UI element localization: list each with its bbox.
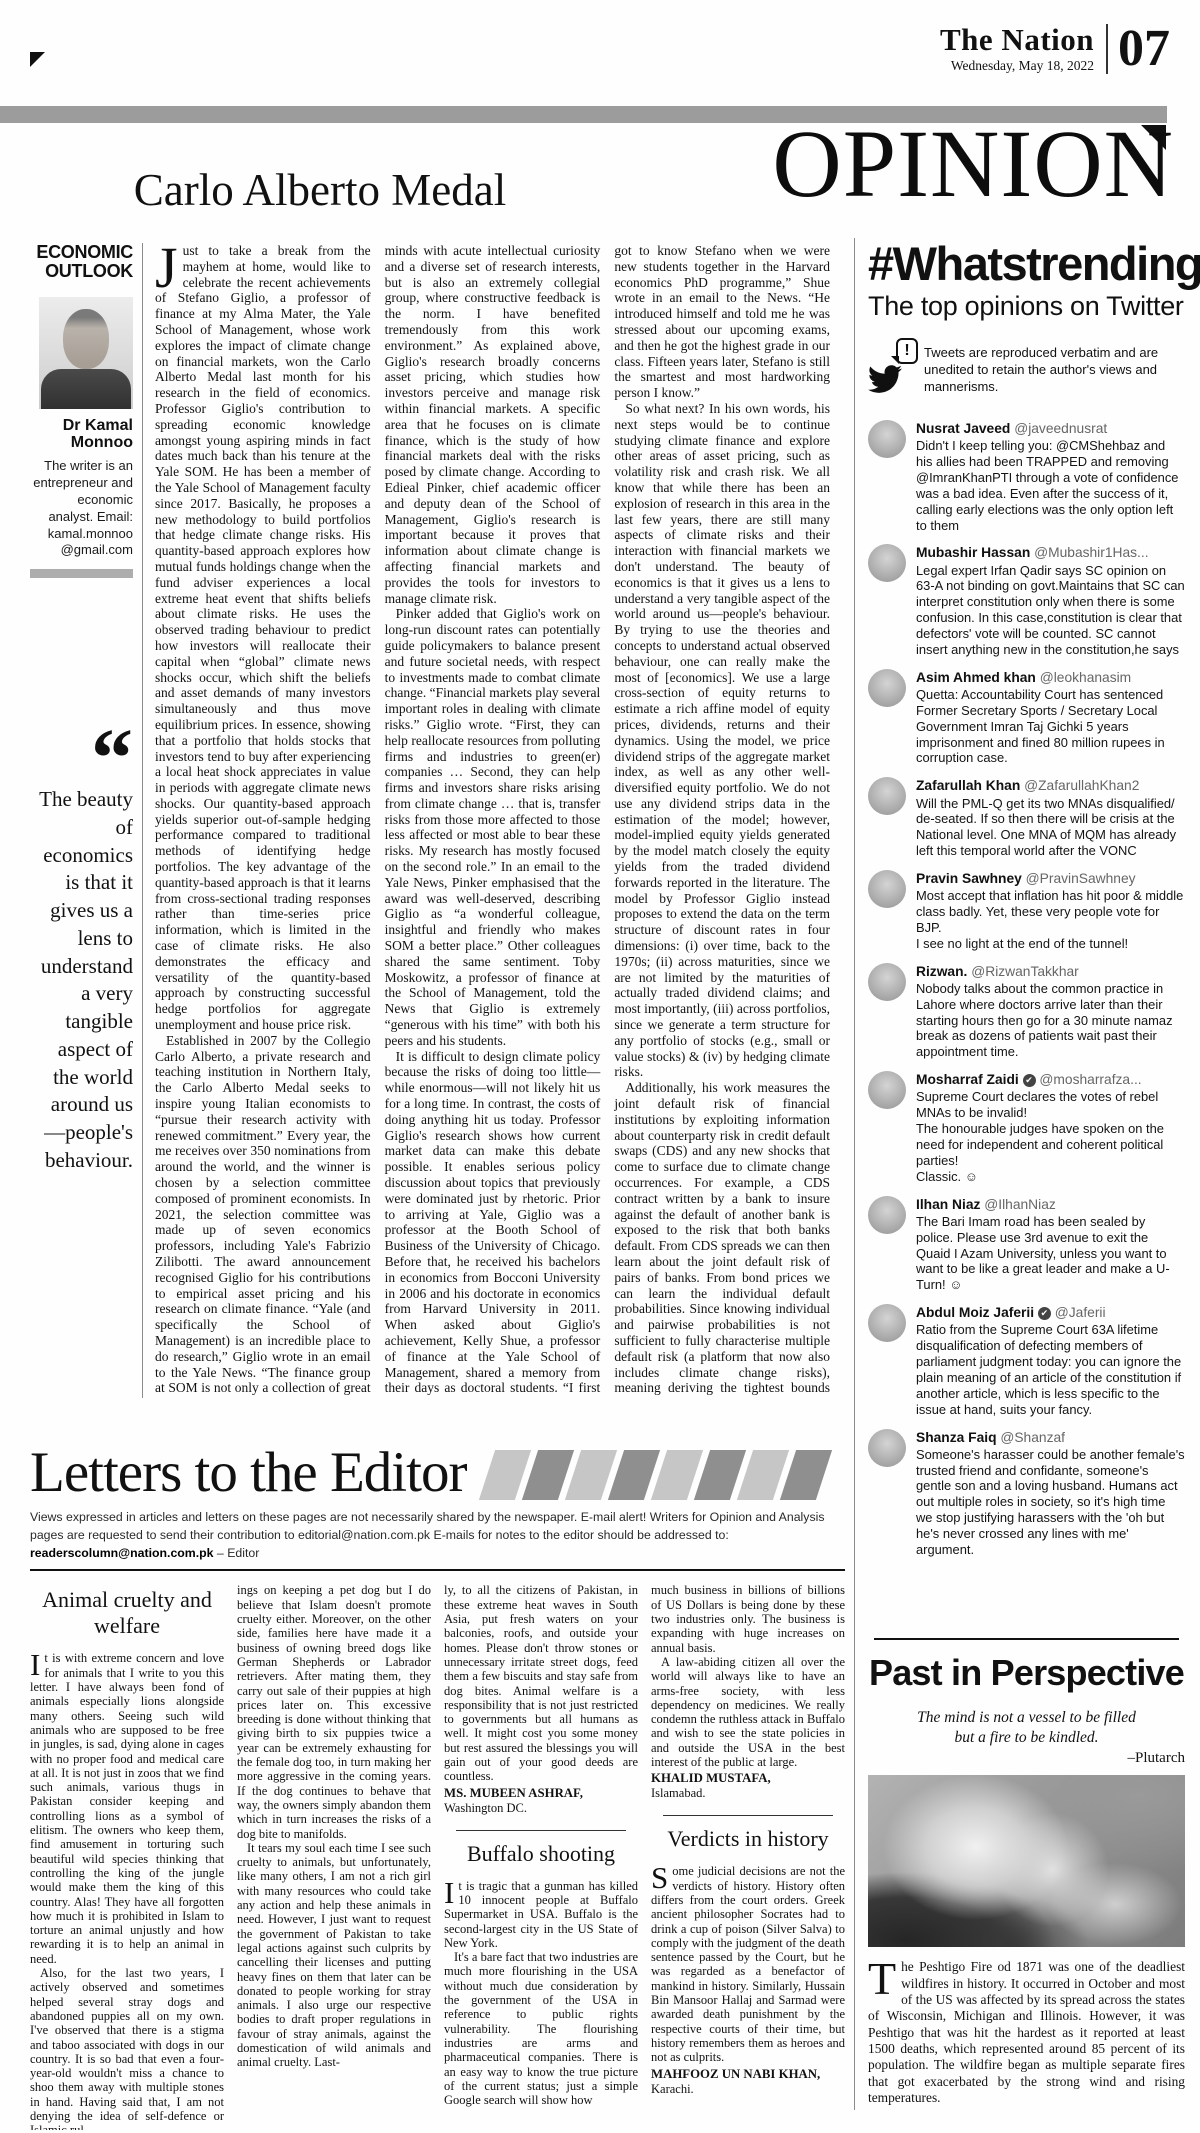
letter-location: Karachi. [651, 2082, 845, 2097]
tweet: Mubashir Hassan @Mubashir1Has... Legal e… [868, 544, 1185, 657]
quote-attribution: –Plutarch [868, 1750, 1185, 1767]
letter-paragraph: It tears my soul each time I see such cr… [237, 1841, 431, 2070]
main-article: ECONOMIC OUTLOOK Dr Kamal Monnoo The wri… [30, 243, 830, 1398]
verified-badge-icon: ✔ [1023, 1074, 1036, 1087]
verified-badge-icon: ✔ [1038, 1307, 1051, 1320]
article-paragraph: Just to take a break from the mayhem at … [155, 243, 371, 1033]
tweet-text: Nobody talks about the common practice i… [916, 981, 1185, 1060]
article-kicker: ECONOMIC OUTLOOK [30, 243, 133, 281]
avatar [868, 870, 906, 908]
whatstrending-title: #Whatstrending [868, 240, 1185, 287]
plutarch-quote: The mind is not a vessel to be filled bu… [868, 1708, 1185, 1748]
letter-heading: Verdicts in history [651, 1826, 845, 1852]
tweet-handle: @javeednusrat [1014, 421, 1107, 436]
wildfire-image [868, 1775, 1185, 1947]
tweet: Rizwan. @RizwanTakkhar Nobody talks abou… [868, 963, 1185, 1061]
letter-heading: Animal cruelty and welfare [30, 1587, 224, 1639]
letters-intro: Views expressed in articles and letters … [30, 1509, 845, 1562]
tweet-text: Legal expert Irfan Qadir says SC opinion… [916, 563, 1185, 658]
tweet-author: Shanza Faiq [916, 1430, 997, 1445]
tweet: Mosharraf Zaidi ✔ @mosharrafza... Suprem… [868, 1071, 1185, 1184]
tweet-author: Mosharraf Zaidi [916, 1072, 1019, 1087]
tweet-handle: @Shanzaf [1000, 1430, 1065, 1445]
tweet-text: Quetta: Accountability Court has sentenc… [916, 687, 1185, 766]
pull-quote: The beauty of economics is that it gives… [30, 786, 133, 1174]
tweet-author: Ilhan Niaz [916, 1197, 980, 1212]
letter-paragraph: ly, to all the citizens of Pakistan, in … [444, 1583, 638, 1783]
tweet-handle: @Jaferii [1055, 1305, 1106, 1320]
tweets-note-text: Tweets are reproduced verbatim and are u… [924, 338, 1185, 395]
letter-paragraph: A law-abiding citizen all over the world… [651, 1655, 845, 1769]
tweet-author: Asim Ahmed khan [916, 670, 1036, 685]
letter-paragraph: It is with extreme concern and love for … [30, 1651, 224, 1966]
tweet: Nusrat Javeed @javeednusrat Didn't I kee… [868, 420, 1185, 533]
author-name: Dr Kamal Monnoo [30, 417, 133, 452]
tweet-handle: @PravinSawhney [1026, 871, 1136, 886]
author-bio: The writer is an entrepreneur and econom… [30, 458, 133, 559]
letter-paragraph: It is tragic that a gunman has killed 10… [444, 1879, 638, 1950]
letter-paragraph: It's a bare fact that two industries are… [444, 1950, 638, 2107]
tweet-text: The Bari Imam road has been sealed by po… [916, 1214, 1185, 1293]
tweet-text: Most accept that inflation has hit poor … [916, 888, 1185, 951]
letters-intro-text: Views expressed in articles and letters … [30, 1510, 824, 1542]
stripes-decoration [480, 1450, 824, 1500]
letter-heading: Buffalo shooting [444, 1841, 638, 1867]
tweets-list: Nusrat Javeed @javeednusrat Didn't I kee… [868, 420, 1185, 1560]
letters-to-the-editor: Letters to the Editor Views expressed in… [30, 1444, 845, 2130]
letter-location: Islamabad. [651, 1786, 845, 1801]
article-paragraph: Pinker added that Giglio's work on long-… [385, 606, 601, 1048]
letters-title: Letters to the Editor [30, 1444, 466, 1501]
tweet-handle: @ZafarullahKhan2 [1024, 778, 1139, 793]
sidebar-rule [854, 238, 855, 2110]
quote-line: The mind is not a vessel to be filled [868, 1708, 1185, 1728]
past-in-perspective: Past in Perspective The mind is not a ve… [868, 1638, 1185, 2106]
letter-location: Washington DC. [444, 1801, 638, 1816]
letter-signature: MAHFOOZ UN NABI KHAN, [651, 2067, 845, 2082]
article-body: Just to take a break from the mayhem at … [155, 243, 830, 1398]
edition-date: Wednesday, May 18, 2022 [940, 58, 1094, 74]
letter-signature: MS. MUBEEN ASHRAF, [444, 1786, 638, 1801]
kicker-line: OUTLOOK [30, 262, 133, 281]
avatar [868, 1429, 906, 1467]
tweet-handle: @leokhanasim [1040, 670, 1131, 685]
letters-column-3: ly, to all the citizens of Pakistan, in … [444, 1583, 638, 2130]
author-photo [39, 297, 133, 409]
tweet: Zafarullah Khan @ZafarullahKhan2 Will th… [868, 777, 1185, 859]
avatar [868, 420, 906, 458]
tweet-handle: @Mubashir1Has... [1034, 545, 1148, 560]
whatstrending-subtitle: The top opinions on Twitter [868, 291, 1185, 322]
letters-column-1: Animal cruelty and welfare It is with ex… [30, 1583, 224, 2130]
avatar [868, 1304, 906, 1342]
letter-divider [663, 1815, 833, 1816]
tweet: Shanza Faiq @Shanzaf Someone's harasser … [868, 1429, 1185, 1558]
author-column: ECONOMIC OUTLOOK Dr Kamal Monnoo The wri… [30, 243, 142, 1398]
letter-paragraph: Some judicial decisions are not the verd… [651, 1864, 845, 2064]
quote-mark-icon: “ [30, 736, 133, 780]
article-headline: Carlo Alberto Medal [30, 168, 610, 213]
divider-bar [30, 569, 133, 578]
letter-paragraph: Also, for the last two years, I actively… [30, 1966, 224, 2130]
tweet-author: Rizwan. [916, 964, 967, 979]
avatar [868, 963, 906, 1001]
tweet-handle: @RizwanTakkhar [971, 964, 1079, 979]
past-body: The Peshtigo Fire od 1871 was one of the… [868, 1959, 1185, 2106]
tweet: Pravin Sawhney @PravinSawhney Most accep… [868, 870, 1185, 952]
tweet-text: Didn't I keep telling you: @CMShehbaz an… [916, 438, 1185, 533]
tweet-text: Supreme Court declares the votes of rebe… [916, 1089, 1185, 1184]
section-banner: OPINION [772, 116, 1174, 212]
rule [30, 1569, 845, 1571]
tweet-author: Pravin Sawhney [916, 871, 1022, 886]
tweet-handle: @mosharrafza... [1039, 1072, 1141, 1087]
exclamation-bubble-icon: ! [896, 338, 918, 364]
page-number: 07 [1108, 24, 1170, 74]
newspaper-page: The Nation Wednesday, May 18, 2022 07 OP… [0, 0, 1200, 2133]
avatar [868, 544, 906, 582]
tweet: Ilhan Niaz @IlhanNiaz The Bari Imam road… [868, 1196, 1185, 1294]
letters-column-2: ings on keeping a pet dog but I do belie… [237, 1583, 431, 2130]
tweet-author: Nusrat Javeed [916, 421, 1010, 436]
letter-signature: KHALID MUSTAFA, [651, 1771, 845, 1786]
tweet-handle: @IlhanNiaz [984, 1197, 1056, 1212]
column-rule [142, 243, 143, 1398]
letters-column-4: much business in billions of billions of… [651, 1583, 845, 2130]
letters-intro-suffix: – Editor [214, 1546, 260, 1560]
tweet-text: Someone's harasser could be another fema… [916, 1447, 1185, 1558]
avatar [868, 1196, 906, 1234]
twitter-bird-icon: ! [868, 338, 924, 396]
avatar [868, 669, 906, 707]
quote-line: but a fire to be kindled. [868, 1728, 1185, 1748]
letter-paragraph: ings on keeping a pet dog but I do belie… [237, 1583, 431, 1840]
masthead: The Nation Wednesday, May 18, 2022 07 [940, 24, 1170, 74]
kicker-line: ECONOMIC [30, 243, 133, 262]
letter-paragraph: much business in billions of billions of… [651, 1583, 845, 1654]
corner-triangle-mark [30, 52, 45, 67]
tweets-note: ! Tweets are reproduced verbatim and are… [868, 338, 1185, 396]
letter-divider [456, 1830, 626, 1831]
tweet-author: Mubashir Hassan [916, 545, 1030, 560]
tweet-text: Will the PML-Q get its two MNAs disquali… [916, 796, 1185, 859]
tweet-text: Ratio from the Supreme Court 63A lifetim… [916, 1322, 1185, 1417]
letters-intro-email: readerscolumn@nation.com.pk [30, 1546, 214, 1560]
past-in-perspective-title: Past in Perspective [868, 1652, 1185, 1694]
article-paragraph: So what next? In his own words, his next… [614, 401, 830, 1080]
pull-quote-block: “ The beauty of economics is that it giv… [30, 736, 133, 1174]
tweet: Asim Ahmed khan @leokhanasim Quetta: Acc… [868, 669, 1185, 767]
tweet-author: Zafarullah Khan [916, 778, 1020, 793]
avatar [868, 777, 906, 815]
nameplate: The Nation [940, 24, 1094, 55]
twitter-bird-glyph [868, 362, 902, 396]
section-divider [874, 1638, 1178, 1640]
tweet: Abdul Moiz Jaferii ✔ @Jaferii Ratio from… [868, 1304, 1185, 1417]
tweet-author: Abdul Moiz Jaferii [916, 1305, 1034, 1320]
avatar [868, 1071, 906, 1109]
whatstrending-sidebar: #Whatstrending The top opinions on Twitt… [868, 240, 1185, 1560]
